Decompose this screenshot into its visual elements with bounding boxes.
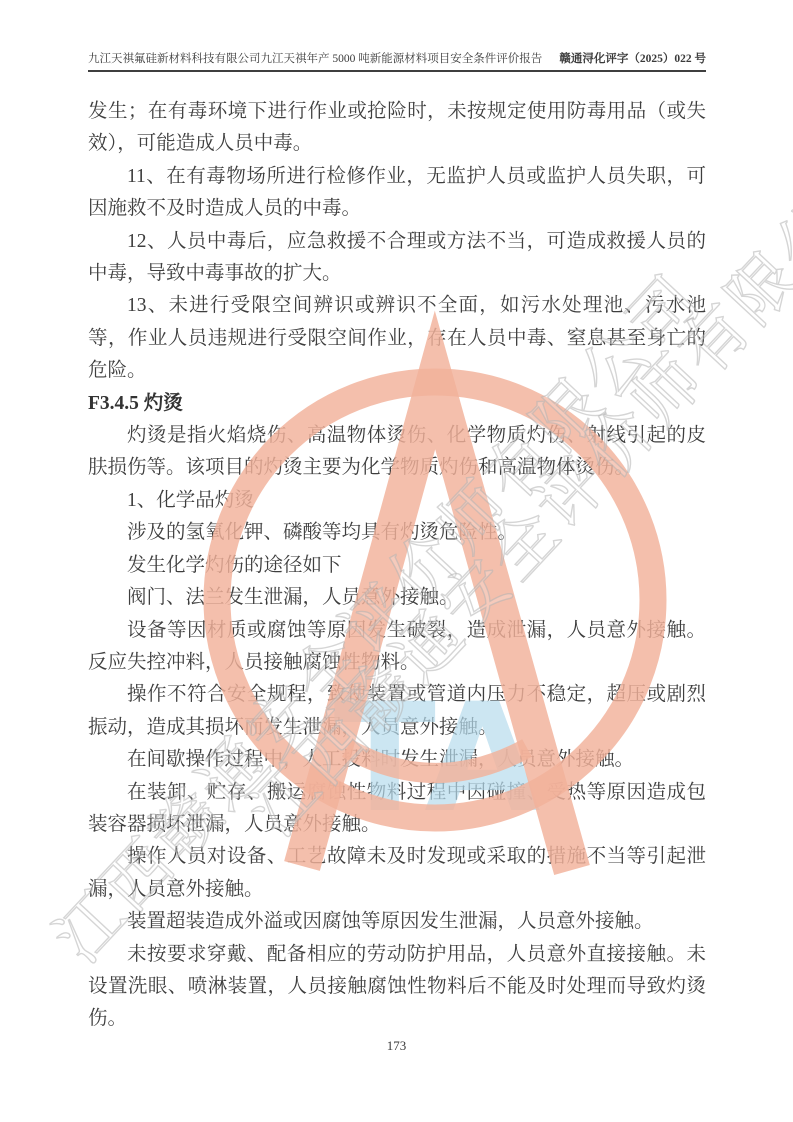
paragraph: 操作人员对设备、工艺故障未及时发现或采取的措施不当等引起泄漏，人员意外接触。 (88, 841, 706, 906)
document-body: 发生；在有毒环境下进行作业或抢险时，未按规定使用防毒用品（或失效），可能造成人员… (88, 96, 706, 1036)
paragraph: 发生化学灼伤的途径如下 (88, 550, 706, 582)
paragraph: 12、人员中毒后，应急救援不合理或方法不当，可造成救援人员的中毒，导致中毒事故的… (88, 226, 706, 291)
paragraph: 灼烫是指火焰烧伤、高温物体烫伤、化学物质灼伤、射线引起的皮肤损伤等。该项目的灼烫… (88, 420, 706, 485)
paragraph: 设备等因材质或腐蚀等原因发生破裂，造成泄漏，人员意外接触。反应失控冲料，人员接触… (88, 615, 706, 680)
report-page: 九江天祺氟硅新材料科技有限公司九江天祺年产 5000 吨新能源材料项目安全条件评… (0, 0, 793, 1122)
paragraph: 13、未进行受限空间辨识或辨识不全面，如污水处理池、污水池等，作业人员违规进行受… (88, 290, 706, 387)
paragraph: 装置超装造成外溢或因腐蚀等原因发生泄漏，人员意外接触。 (88, 906, 706, 938)
paragraph: 操作不符合安全规程，致使装置或管道内压力不稳定，超压或剧烈振动，造成其损坏而发生… (88, 679, 706, 744)
paragraph: 发生；在有毒环境下进行作业或抢险时，未按规定使用防毒用品（或失效），可能造成人员… (88, 96, 706, 161)
paragraph: 涉及的氢氧化钾、磷酸等均具有灼烫危险性。 (88, 517, 706, 549)
header-report-title: 九江天祺氟硅新材料科技有限公司九江天祺年产 5000 吨新能源材料项目安全条件评… (88, 52, 542, 67)
section-heading: F3.4.5 灼烫 (88, 388, 706, 420)
paragraph: 1、化学品灼烫 (88, 485, 706, 517)
paragraph: 在间歇操作过程中，人工投料时发生泄漏，人员意外接触。 (88, 744, 706, 776)
paragraph: 阀门、法兰发生泄漏，人员意外接触。 (88, 582, 706, 614)
page-footer: 173 (0, 1038, 793, 1054)
paragraph: 未按要求穿戴、配备相应的劳动防护用品，人员意外直接接触。未设置洗眼、喷淋装置，人… (88, 939, 706, 1036)
page-number: 173 (387, 1038, 407, 1053)
paragraph: 在装卸、贮存、搬运腐蚀性物料过程中因碰撞、受热等原因造成包装容器损坏泄漏，人员意… (88, 777, 706, 842)
paragraph: 11、在有毒物场所进行检修作业，无监护人员或监护人员失职，可因施救不及时造成人员… (88, 161, 706, 226)
header-doc-number: 赣通浔化评字（2025）022 号 (559, 52, 706, 67)
page-header: 九江天祺氟硅新材料科技有限公司九江天祺年产 5000 吨新能源材料项目安全条件评… (88, 52, 706, 72)
